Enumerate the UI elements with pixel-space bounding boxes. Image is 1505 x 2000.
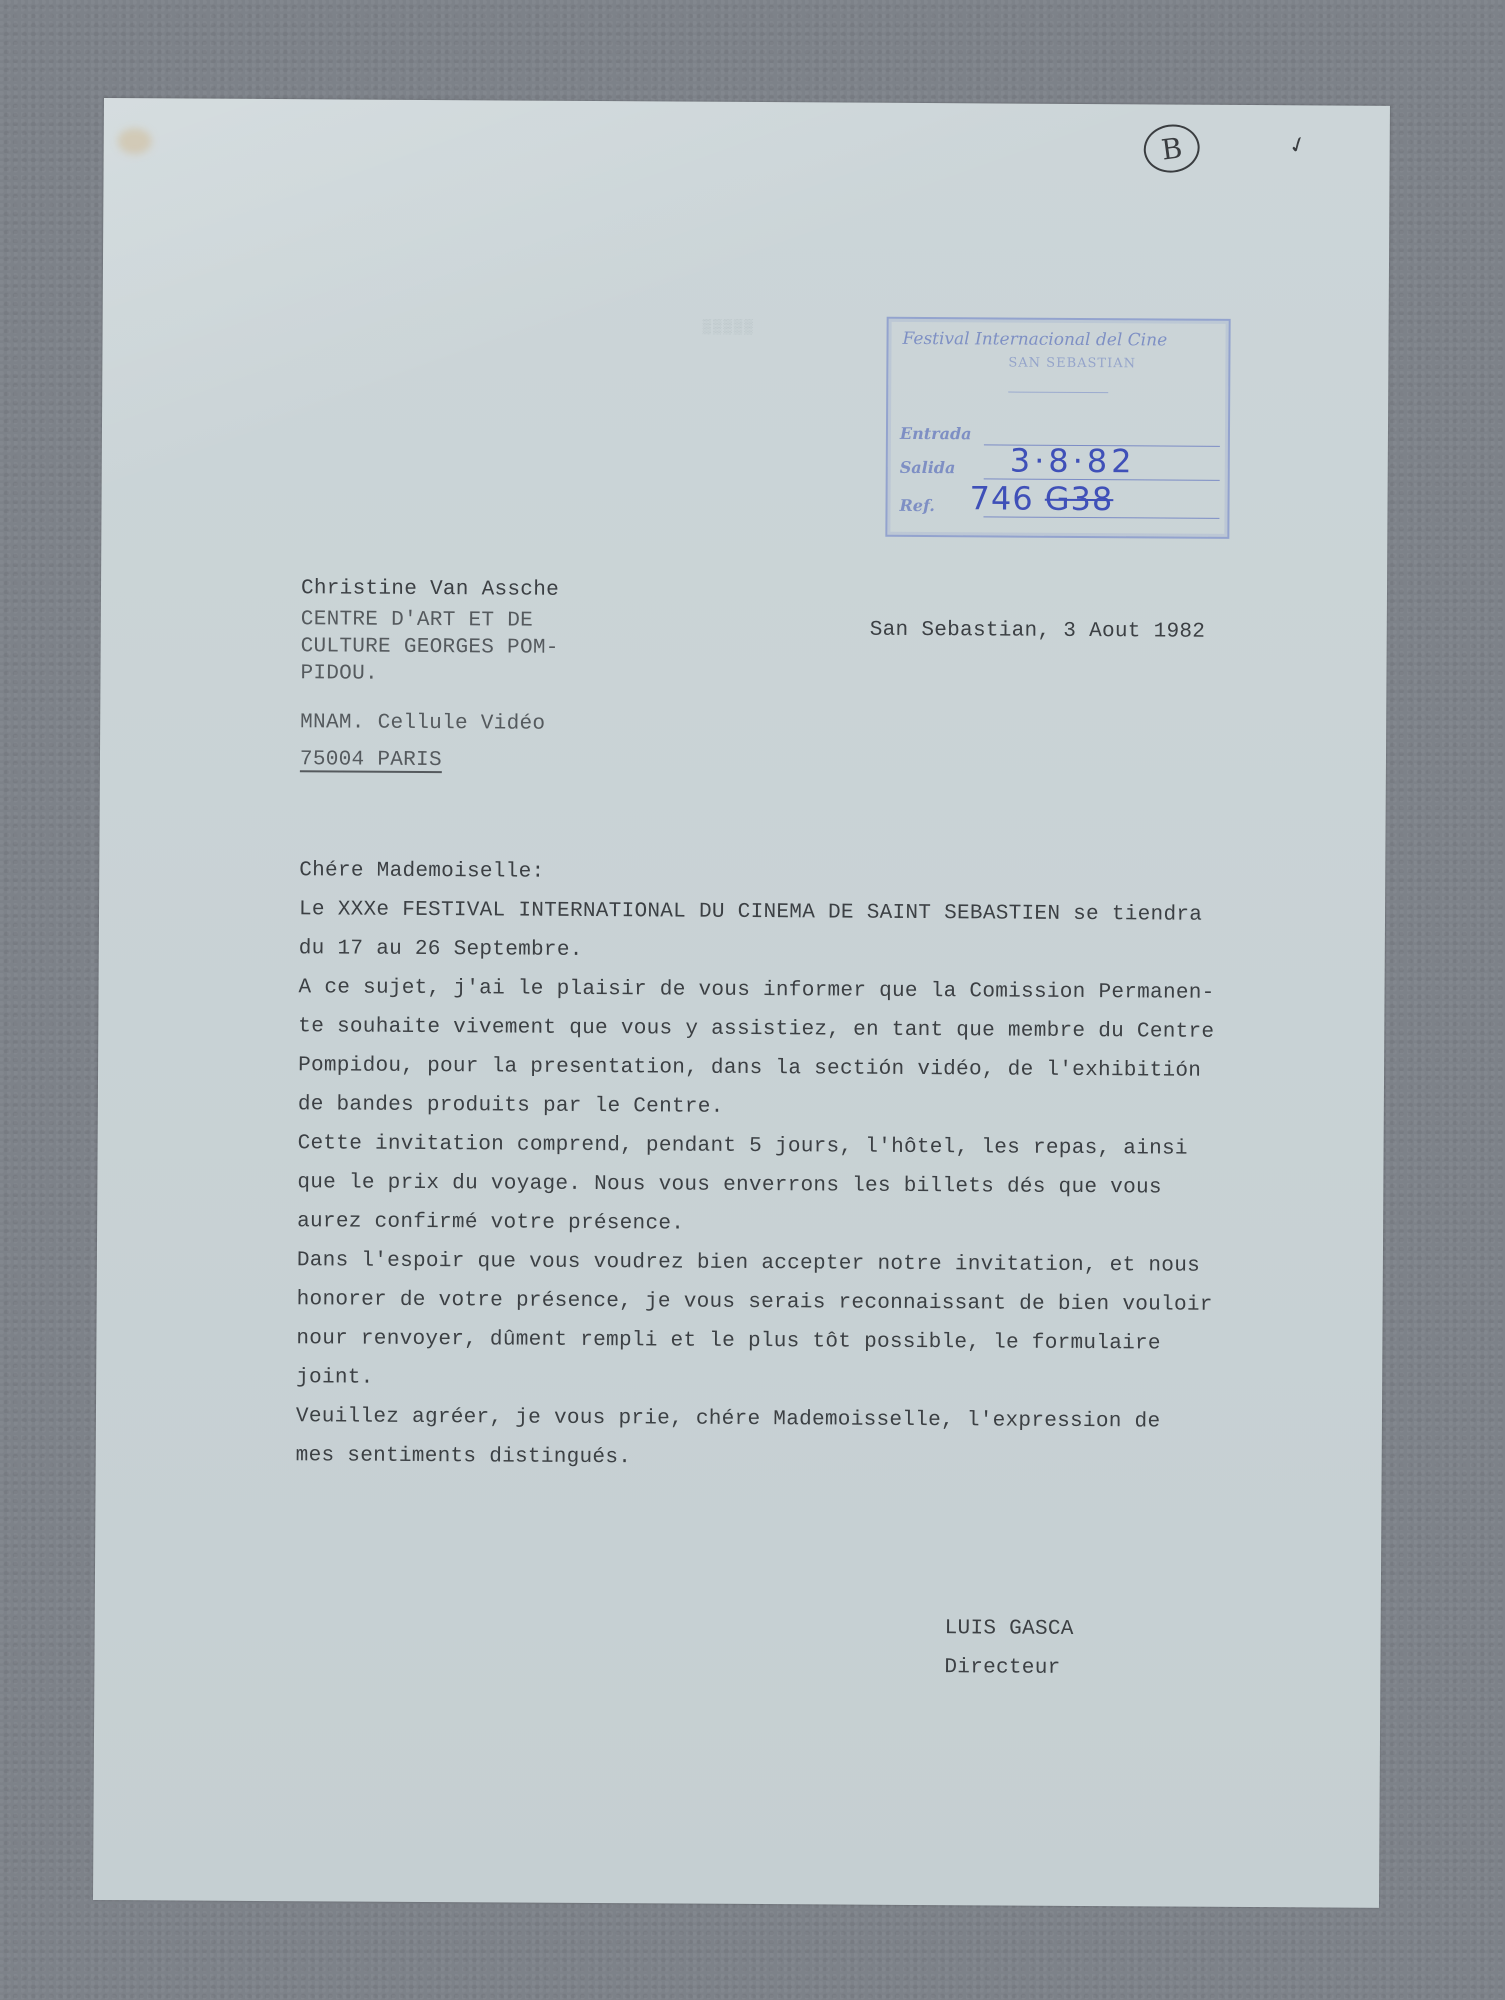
recipient-city: 75004 PARIS xyxy=(300,740,442,780)
entrada-label: Entrada xyxy=(900,424,972,443)
letter-body: Le XXXe FESTIVAL INTERNATIONAL DU CINEMA… xyxy=(104,98,1390,106)
body-line: Le XXXe FESTIVAL INTERNATIONAL DU CINEMA… xyxy=(299,890,1202,935)
ref-label: Ref. xyxy=(899,496,934,515)
tick-mark-icon: ✓ xyxy=(1285,131,1311,161)
stamp-divider xyxy=(1008,392,1108,394)
ref-struck-number: G38 xyxy=(1045,480,1114,518)
body-line: aurez confirmé votre présence. xyxy=(297,1202,684,1243)
body-line: Dans l'espoir que vous voudrez bien acce… xyxy=(297,1241,1200,1286)
circled-letter: B xyxy=(1159,131,1184,166)
signature-title: Directeur xyxy=(944,1648,1060,1688)
signature-name: LUIS GASCA xyxy=(945,1609,1074,1649)
stamp-row-salida: Salida 3·8·82 xyxy=(900,449,1220,481)
body-line: mes sentiments distingués. xyxy=(296,1436,632,1477)
stamp-row-ref: Ref. 746 G38 xyxy=(899,487,1219,519)
recipient-name: Christine Van Assche xyxy=(301,569,559,610)
paper-stain xyxy=(118,128,152,154)
ref-value: 746 G38 xyxy=(969,479,1113,518)
faint-stamp-impression: ▒▒▒▒▒ xyxy=(703,320,755,336)
body-line: Pompidou, pour la presentation, dans la … xyxy=(298,1046,1201,1091)
recipient-org: CENTRE D'ART ET DE CULTURE GEORGES POM- … xyxy=(300,606,559,689)
salutation: Chére Mademoiselle: xyxy=(299,851,544,891)
body-line: A ce sujet, j'ai le plaisir de vous info… xyxy=(298,968,1214,1013)
registry-stamp: Festival Internacional del Cine SAN SEBA… xyxy=(885,317,1230,539)
body-line: du 17 au 26 Septembre. xyxy=(299,929,583,970)
stamp-subtitle: SAN SEBASTIAN xyxy=(1008,356,1136,372)
body-line: de bandes produits par le Centre. xyxy=(298,1085,724,1127)
org-line-3: PIDOU. xyxy=(300,662,378,685)
salida-label: Salida xyxy=(900,458,956,477)
org-line-1: CENTRE D'ART ET DE xyxy=(301,608,533,632)
circled-letter-annotation: B xyxy=(1141,121,1203,176)
org-line-2: CULTURE GEORGES POM- xyxy=(301,635,559,660)
salida-value: 3·8·82 xyxy=(1010,442,1136,481)
body-line: nour renvoyer, dûment rempli et le plus … xyxy=(296,1319,1161,1363)
body-line: que le prix du voyage. Nous vous enverro… xyxy=(297,1163,1162,1207)
letter-page: B ✓ ▒▒▒▒▒ Festival Internacional del Cin… xyxy=(93,98,1390,1908)
body-line: honorer de votre présence, je vous serai… xyxy=(297,1280,1213,1325)
recipient-dept: MNAM. Cellule Vidéo xyxy=(300,703,545,743)
ref-number: 746 xyxy=(969,479,1033,517)
body-line: te souhaite vivement que vous y assistie… xyxy=(298,1007,1214,1052)
stamp-title: Festival Internacional del Cine xyxy=(902,329,1167,351)
date-line: San Sebastian, 3 Aout 1982 xyxy=(870,611,1206,652)
body-line: Veuillez agréer, je vous prie, chére Mad… xyxy=(296,1397,1161,1441)
body-line: joint. xyxy=(296,1358,374,1397)
body-line: Cette invitation comprend, pendant 5 jou… xyxy=(297,1124,1187,1168)
